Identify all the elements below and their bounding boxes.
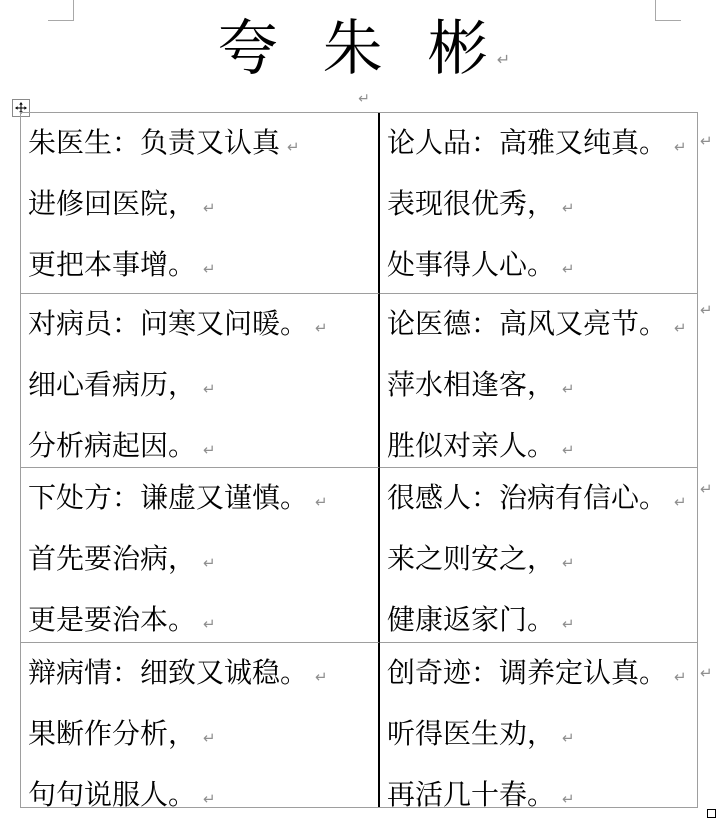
paragraph-mark-icon: ↵ bbox=[562, 729, 575, 747]
cell-text-line[interactable]: 萍水相逢客， bbox=[387, 370, 555, 401]
cell-text-line[interactable]: 更把本事增。 bbox=[28, 250, 196, 281]
cell-text-line[interactable]: 进修回医院， bbox=[28, 189, 196, 220]
end-of-row-mark-icon: ↵ bbox=[700, 303, 713, 318]
title-paragraph: 夸 朱 彬↵ bbox=[73, 12, 655, 86]
cell-text-line[interactable]: 听得医生劝， bbox=[387, 719, 555, 750]
table-cell-r3c1[interactable]: 下处方：谦虚又谨慎。↵ 首先要治病，↵ 更是要治本。↵ bbox=[21, 468, 380, 643]
paragraph-mark-icon: ↵ bbox=[203, 199, 216, 217]
cell-text-line[interactable]: 辩病情：细致又诚稳。 bbox=[28, 658, 308, 689]
cell-text-line[interactable]: 胜似对亲人。 bbox=[387, 431, 555, 462]
end-of-row-mark-icon: ↵ bbox=[700, 666, 713, 681]
table-cell-r3c2[interactable]: 很感人：治病有信心。↵ 来之则安之，↵ 健康返家门。↵ bbox=[380, 468, 697, 643]
cell-text-line[interactable]: 细心看病历， bbox=[28, 370, 196, 401]
paragraph-mark-icon: ↵ bbox=[674, 668, 687, 686]
paragraph-mark-icon: ↵ bbox=[203, 441, 216, 459]
cell-text-line[interactable]: 朱医生：负责又认真 bbox=[28, 128, 280, 159]
document-title[interactable]: 夸 朱 彬 bbox=[218, 16, 490, 82]
cell-text-line[interactable]: 果断作分析， bbox=[28, 719, 196, 750]
paragraph-mark-icon: ↵ bbox=[562, 615, 575, 633]
paragraph-mark-icon: ↵ bbox=[358, 91, 370, 107]
paragraph-mark-icon: ↵ bbox=[203, 554, 216, 572]
cell-text-line[interactable]: 很感人：治病有信心。 bbox=[387, 483, 667, 514]
cell-text-line[interactable]: 健康返家门。 bbox=[387, 605, 555, 636]
paragraph-mark-icon: ↵ bbox=[203, 729, 216, 747]
paragraph-mark-icon: ↵ bbox=[315, 493, 328, 511]
paragraph-mark-icon: ↵ bbox=[674, 493, 687, 511]
paragraph-mark-icon: ↵ bbox=[562, 790, 575, 807]
cell-text-line[interactable]: 更是要治本。 bbox=[28, 605, 196, 636]
cell-text-line[interactable]: 创奇迹：调养定认真。 bbox=[387, 658, 667, 689]
paragraph-mark-icon: ↵ bbox=[315, 668, 328, 686]
rhyme-table: 朱医生：负责又认真↵ 进修回医院，↵ 更把本事增。↵ 论人品：高雅又纯真。↵ 表… bbox=[20, 112, 698, 808]
cell-text-line[interactable]: 下处方：谦虚又谨慎。 bbox=[28, 483, 308, 514]
margin-crop-mark-top-left bbox=[48, 0, 74, 21]
end-of-row-mark-icon: ↵ bbox=[700, 134, 713, 149]
cell-text-line[interactable]: 论医德：高风又亮节。 bbox=[387, 309, 667, 340]
paragraph-mark-icon: ↵ bbox=[203, 380, 216, 398]
table-cell-r4c1[interactable]: 辩病情：细致又诚稳。↵ 果断作分析，↵ 句句说服人。↵ bbox=[21, 643, 380, 807]
paragraph-mark-icon: ↵ bbox=[562, 441, 575, 459]
paragraph-mark-icon: ↵ bbox=[674, 319, 687, 337]
cell-text-line[interactable]: 对病员：问寒又问暖。 bbox=[28, 309, 308, 340]
table-cell-r1c2[interactable]: 论人品：高雅又纯真。↵ 表现很优秀，↵ 处事得人心。↵ bbox=[380, 113, 697, 294]
table-cell-r2c1[interactable]: 对病员：问寒又问暖。↵ 细心看病历，↵ 分析病起因。↵ bbox=[21, 294, 380, 468]
empty-paragraph[interactable]: ↵ bbox=[73, 90, 655, 108]
cell-text-line[interactable]: 处事得人心。 bbox=[387, 250, 555, 281]
paragraph-mark-icon: ↵ bbox=[203, 790, 216, 807]
cell-text-line[interactable]: 首先要治病， bbox=[28, 544, 196, 575]
cell-text-line[interactable]: 句句说服人。 bbox=[28, 780, 196, 807]
paragraph-mark-icon: ↵ bbox=[562, 554, 575, 572]
paragraph-mark-icon: ↵ bbox=[287, 138, 300, 156]
paragraph-mark-icon: ↵ bbox=[562, 380, 575, 398]
paragraph-mark-icon: ↵ bbox=[562, 199, 575, 217]
paragraph-mark-icon: ↵ bbox=[203, 615, 216, 633]
table-resize-handle[interactable] bbox=[707, 809, 716, 818]
paragraph-mark-icon: ↵ bbox=[497, 50, 510, 69]
table-cell-r1c1[interactable]: 朱医生：负责又认真↵ 进修回医院，↵ 更把本事增。↵ bbox=[21, 113, 380, 294]
cell-text-line[interactable]: 论人品：高雅又纯真。 bbox=[387, 128, 667, 159]
cell-text-line[interactable]: 来之则安之， bbox=[387, 544, 555, 575]
end-of-row-mark-icon: ↵ bbox=[700, 482, 713, 497]
margin-crop-mark-top-right bbox=[655, 0, 681, 21]
cell-text-line[interactable]: 表现很优秀， bbox=[387, 189, 555, 220]
paragraph-mark-icon: ↵ bbox=[203, 260, 216, 278]
paragraph-mark-icon: ↵ bbox=[315, 319, 328, 337]
document-page: 夸 朱 彬↵ ↵ 朱医生：负责又认真↵ 进修回医院，↵ 更把本事增。↵ 论人品：… bbox=[0, 0, 718, 829]
paragraph-mark-icon: ↵ bbox=[562, 260, 575, 278]
paragraph-mark-icon: ↵ bbox=[674, 138, 687, 156]
cell-text-line[interactable]: 分析病起因。 bbox=[28, 431, 196, 462]
table-cell-r2c2[interactable]: 论医德：高风又亮节。↵ 萍水相逢客，↵ 胜似对亲人。↵ bbox=[380, 294, 697, 468]
cell-text-line[interactable]: 再活几十春。 bbox=[387, 780, 555, 807]
table-cell-r4c2[interactable]: 创奇迹：调养定认真。↵ 听得医生劝，↵ 再活几十春。↵ bbox=[380, 643, 697, 807]
